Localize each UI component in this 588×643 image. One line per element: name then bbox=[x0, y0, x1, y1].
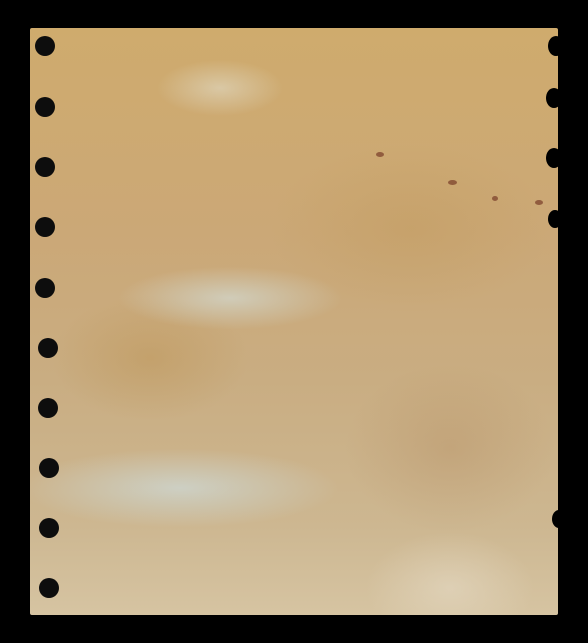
perforation-hole bbox=[39, 518, 59, 538]
perforation-notch-right bbox=[548, 210, 562, 228]
perforation-hole bbox=[35, 278, 55, 298]
perforation-hole bbox=[35, 36, 55, 56]
perforation-hole bbox=[39, 578, 59, 598]
perforation-notch-right bbox=[546, 88, 562, 108]
perforation-hole bbox=[38, 338, 58, 358]
ink-spot bbox=[376, 152, 384, 157]
perforation-notch-right bbox=[546, 148, 562, 168]
stamp-back bbox=[30, 28, 558, 615]
perforation-hole bbox=[35, 97, 55, 117]
ink-spot bbox=[535, 200, 543, 205]
perforation-notch-right bbox=[548, 36, 564, 56]
perforation-hole bbox=[35, 217, 55, 237]
perforation-hole bbox=[35, 157, 55, 177]
perforation-hole bbox=[39, 458, 59, 478]
perforation-notch-right bbox=[552, 510, 566, 528]
perforation-hole bbox=[38, 398, 58, 418]
ink-spot bbox=[448, 180, 457, 185]
ink-spot bbox=[492, 196, 498, 201]
